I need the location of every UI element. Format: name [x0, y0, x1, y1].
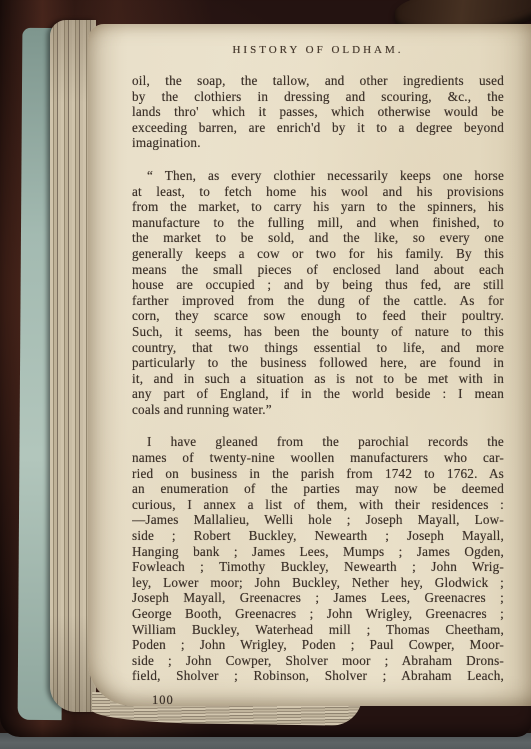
text-line: ried on business in the parish from 1742…: [132, 466, 504, 482]
text-line: the market to be sold, and the like, so …: [132, 230, 504, 246]
text-line: from the market, to carry his yarn to th…: [132, 199, 504, 215]
book-scene: HISTORY OF OLDHAM. oil, the soap, the ta…: [0, 0, 531, 749]
paragraph: oil, the soap, the tallow, and other ing…: [132, 73, 504, 151]
paragraph: I have gleaned from the parochial record…: [132, 434, 504, 684]
text-line: it, and in such a situation as is not to…: [132, 371, 504, 387]
page-number: 100: [152, 693, 174, 708]
text-line: Hanging bank ; James Lees, Mumps ; James…: [132, 544, 504, 560]
text-line: George Booth, Greenacres ; John Wrigley,…: [132, 606, 504, 622]
text-line: by the clothiers in dressing and scourin…: [132, 89, 504, 105]
text-block: oil, the soap, the tallow, and other ing…: [132, 73, 504, 684]
text-line: country, that two things essential to li…: [132, 340, 504, 356]
text-line: Poden ; John Wrigley, Poden ; Paul Cowpe…: [132, 637, 504, 653]
text-line: any part of England, if in the world bes…: [132, 386, 504, 402]
text-line: William Buckley, Waterhead mill ; Thomas…: [132, 622, 504, 638]
text-line: side ; Robert Buckley, Newearth ; Joseph…: [132, 528, 504, 544]
text-line: I have gleaned from the parochial record…: [132, 434, 504, 450]
text-line: field, Sholver ; Robinson, Sholver ; Abr…: [132, 668, 504, 684]
running-header: HISTORY OF OLDHAM.: [132, 44, 504, 56]
book-page: HISTORY OF OLDHAM. oil, the soap, the ta…: [88, 24, 531, 706]
text-line: farther improved from the dung of the ca…: [132, 293, 504, 309]
text-line: Joseph Mayall, Greenacres ; James Lees, …: [132, 590, 504, 606]
text-line: —James Mallalieu, Welli hole ; Joseph Ma…: [132, 512, 504, 528]
text-line: names of twenty-nine woollen manufacture…: [132, 450, 504, 466]
text-line: “ Then, as every clothier necessarily ke…: [132, 168, 504, 184]
text-line: Fowleach ; Timothy Buckley, Newearth ; J…: [132, 559, 504, 575]
text-line: ley, Lower moor; John Buckley, Nether he…: [132, 575, 504, 591]
text-line: lands thro' which it passes, which other…: [132, 104, 504, 120]
text-line: manufacture to the fulling mill, and whe…: [132, 215, 504, 231]
text-line: an enumeration of the parties may now be…: [132, 481, 504, 497]
text-line: corn, they scarce sow enough to feed the…: [132, 308, 504, 324]
text-line: house are occupied ; and by being thus f…: [132, 277, 504, 293]
text-line: at least, to fetch home his wool and his…: [132, 184, 504, 200]
text-line: oil, the soap, the tallow, and other ing…: [132, 73, 504, 89]
text-line: Such, it seems, has been the bounty of n…: [132, 324, 504, 340]
text-line: curious, I annex a list of them, with th…: [132, 497, 504, 513]
text-line: particularly to the business followed he…: [132, 355, 504, 371]
text-line: generally keeps a cow or two for his fam…: [132, 246, 504, 262]
paragraph: “ Then, as every clothier necessarily ke…: [132, 168, 504, 418]
text-line: exceeding barren, are enrich'd by it to …: [132, 120, 504, 136]
text-line: coals and running water.”: [132, 402, 504, 418]
text-line: imagination.: [132, 135, 504, 151]
text-line: side ; John Cowper, Sholver moor ; Abrah…: [132, 653, 504, 669]
text-line: means the small pieces of enclosed land …: [132, 262, 504, 278]
